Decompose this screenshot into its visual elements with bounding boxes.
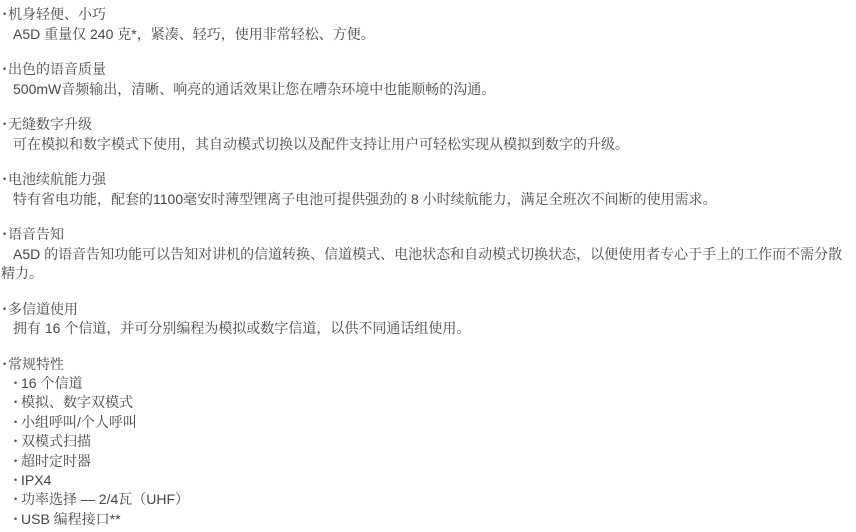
section-title-row: 电池续航能力强 bbox=[1, 170, 850, 190]
section-title-row: 无缝数字升级 bbox=[1, 115, 850, 135]
feature-item-label: 小组呼叫/个人呼叫 bbox=[21, 414, 137, 430]
section-title: 出色的语音质量 bbox=[8, 61, 106, 77]
feature-section: 电池续航能力强 特有省电功能，配套的1100毫安时薄型锂离子电池可提供强劲的 8… bbox=[1, 170, 850, 209]
section-title-row: 机身轻便、小巧 bbox=[1, 5, 850, 25]
feature-item-label: IPX4 bbox=[21, 472, 51, 488]
feature-item-label: USB 编程接口** bbox=[21, 511, 121, 527]
section-body: 可在模拟和数字模式下使用，其自动模式切换以及配件支持让用户可轻松实现从模拟到数字… bbox=[1, 135, 850, 155]
feature-document: 机身轻便、小巧 A5D 重量仅 240 克*，紧凑、轻巧，使用非常轻松、方便。 … bbox=[0, 0, 856, 532]
bullet-icon bbox=[14, 374, 21, 393]
section-body: 拥有 16 个信道，并可分别编程为模拟或数字信道，以供不同通话组使用。 bbox=[1, 319, 850, 339]
feature-item-label: 16 个信道 bbox=[21, 375, 82, 391]
section-title: 机身轻便、小巧 bbox=[8, 6, 106, 22]
feature-item-label: 超时定时器 bbox=[21, 453, 91, 469]
feature-item: IPX4 bbox=[1, 471, 850, 490]
bullet-icon bbox=[14, 393, 21, 412]
feature-section: 出色的语音质量 500mW音频输出，清晰、响亮的通话效果让您在嘈杂环境中也能顺畅… bbox=[1, 60, 850, 99]
section-title: 多信道使用 bbox=[8, 301, 78, 317]
section-title-row: 语音告知 bbox=[1, 225, 850, 245]
feature-item-label: 双模式扫描 bbox=[21, 433, 91, 449]
section-body: A5D 的语音告知功能可以告知对讲机的信道转换、信道模式、电池状态和自动模式切换… bbox=[1, 245, 850, 284]
feature-section: 语音告知 A5D 的语音告知功能可以告知对讲机的信道转换、信道模式、电池状态和自… bbox=[1, 225, 850, 284]
feature-section: 多信道使用 拥有 16 个信道，并可分别编程为模拟或数字信道，以供不同通话组使用… bbox=[1, 300, 850, 339]
feature-item: 16 个信道 bbox=[1, 374, 850, 393]
bullet-icon bbox=[14, 452, 21, 471]
section-body: A5D 重量仅 240 克*，紧凑、轻巧，使用非常轻松、方便。 bbox=[1, 25, 850, 45]
feature-section: 无缝数字升级 可在模拟和数字模式下使用，其自动模式切换以及配件支持让用户可轻松实… bbox=[1, 115, 850, 154]
bullet-icon bbox=[14, 490, 21, 509]
feature-item-label: 模拟、数字双模式 bbox=[21, 394, 133, 410]
section-title-row: 常规特性 bbox=[1, 355, 850, 375]
bullet-icon bbox=[14, 413, 21, 432]
section-title: 电池续航能力强 bbox=[8, 171, 106, 187]
feature-item: 双模式扫描 bbox=[1, 432, 850, 451]
section-title-row: 出色的语音质量 bbox=[1, 60, 850, 80]
section-body: 500mW音频输出，清晰、响亮的通话效果让您在嘈杂环境中也能顺畅的沟通。 bbox=[1, 80, 850, 100]
bullet-icon bbox=[14, 432, 21, 451]
feature-item-label: 功率选择 — 2/4瓦（UHF） bbox=[21, 491, 189, 507]
feature-item: 超时定时器 bbox=[1, 452, 850, 471]
section-title: 语音告知 bbox=[8, 226, 64, 242]
feature-item: 小组呼叫/个人呼叫 bbox=[1, 413, 850, 432]
feature-section: 机身轻便、小巧 A5D 重量仅 240 克*，紧凑、轻巧，使用非常轻松、方便。 bbox=[1, 5, 850, 44]
feature-item: USB 编程接口** bbox=[1, 510, 850, 529]
section-title: 无缝数字升级 bbox=[8, 116, 92, 132]
section-title-row: 多信道使用 bbox=[1, 300, 850, 320]
feature-item: 模拟、数字双模式 bbox=[1, 393, 850, 412]
bullet-icon bbox=[14, 510, 21, 529]
general-features-section: 常规特性 16 个信道 模拟、数字双模式 小组呼叫/个人呼叫 双模式扫描 超时定… bbox=[1, 355, 850, 530]
section-title: 常规特性 bbox=[8, 356, 64, 372]
feature-item: 功率选择 — 2/4瓦（UHF） bbox=[1, 490, 850, 509]
bullet-icon bbox=[14, 471, 21, 490]
section-body: 特有省电功能，配套的1100毫安时薄型锂离子电池可提供强劲的 8 小时续航能力，… bbox=[1, 190, 850, 210]
features-list: 16 个信道 模拟、数字双模式 小组呼叫/个人呼叫 双模式扫描 超时定时器 IP… bbox=[1, 374, 850, 529]
